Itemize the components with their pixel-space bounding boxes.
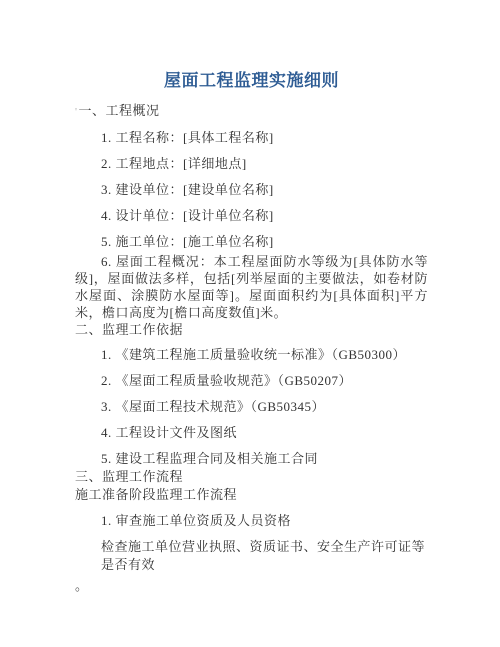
section-1-heading: 一、工程概况 — [78, 103, 159, 118]
design-unit-line: 4. 设计单位：[设计单位名称] — [75, 207, 428, 225]
license-check-line: 检查施工单位营业执照、资质证书、安全生产许可证等是否有效 — [75, 538, 428, 574]
project-location-line: 2. 工程地点：[详细地点] — [75, 155, 428, 173]
section-2-heading: 二、监理工作依据 — [75, 321, 428, 339]
reference-standard-gb50207: 2. 《屋面工程质量验收规范》（GB50207） — [75, 372, 428, 390]
document-title: 屋面工程监理实施细则 — [75, 70, 428, 92]
section-1-heading-row: '一、工程概况 — [75, 102, 428, 121]
reference-standard-gb50300: 1. 《建筑工程施工质量验收统一标准》（GB50300） — [75, 346, 428, 364]
reference-design-documents: 4. 工程设计文件及图纸 — [75, 424, 428, 442]
roof-overview-paragraph: 6. 屋面工程概况：本工程屋面防水等级为[具体防水等级]，屋面做法多样，包括[列… — [75, 253, 428, 321]
section-3-heading: 三、监理工作流程 — [75, 468, 428, 486]
section-3-subheading: 施工准备阶段监理工作流程 — [75, 486, 428, 504]
document-page: 屋面工程监理实施细则 '一、工程概况 1. 工程名称：[具体工程名称] 2. 工… — [0, 0, 500, 647]
wrapped-period-line: 。 — [75, 577, 428, 594]
project-name-line: 1. 工程名称：[具体工程名称] — [75, 129, 428, 147]
reference-supervision-contract: 5. 建设工程监理合同及相关施工合同 — [75, 450, 428, 468]
construction-owner-line: 3. 建设单位：[建设单位名称] — [75, 181, 428, 199]
qualification-review-line: 1. 审查施工单位资质及人员资格 — [75, 512, 428, 530]
construction-unit-line: 5. 施工单位：[施工单位名称] — [75, 233, 428, 251]
reference-standard-gb50345: 3. 《屋面工程技术规范》（GB50345） — [75, 398, 428, 416]
